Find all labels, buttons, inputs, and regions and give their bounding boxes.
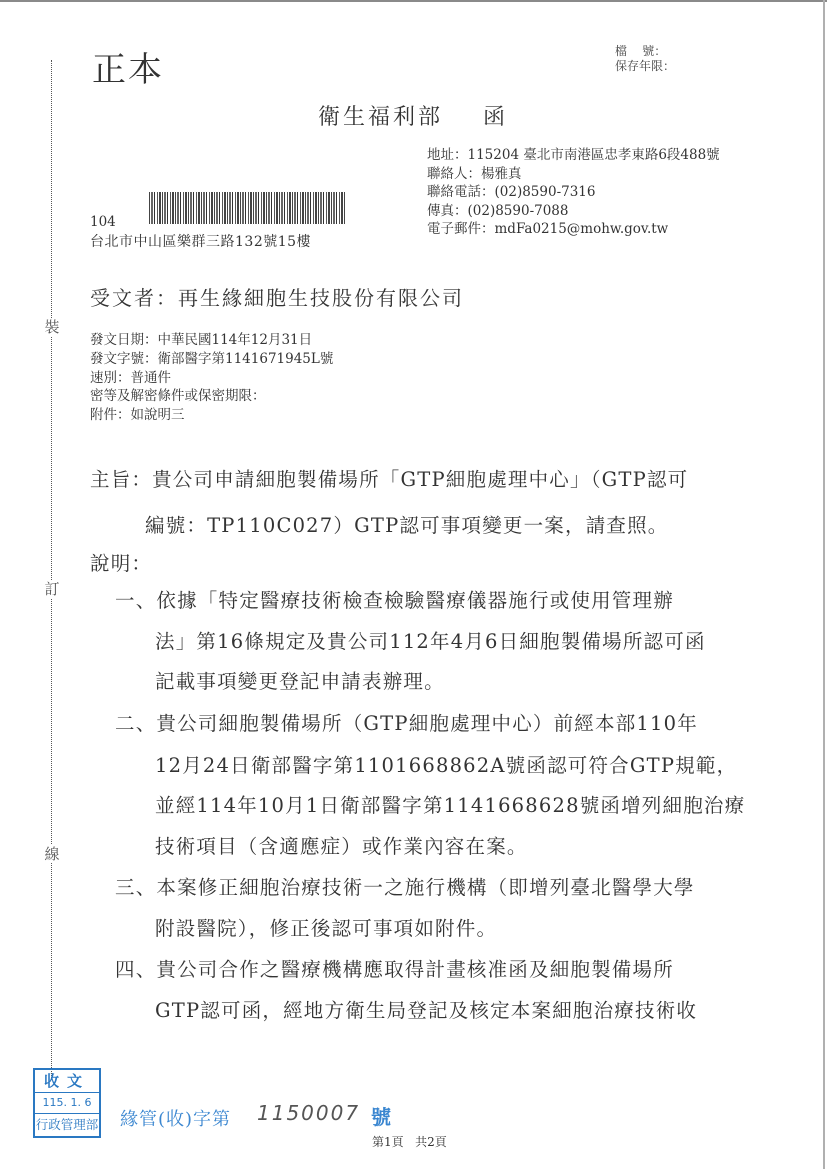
explanation-label: 說明： <box>90 548 152 576</box>
barcode <box>149 192 345 224</box>
binding-mark-zhuang: 裝 <box>42 318 62 336</box>
confidentiality: 密等及解密條件或保密期限： <box>90 387 333 406</box>
sender-fax: 傳真：(02)8590-7088 <box>427 202 720 221</box>
retention-label: 保存年限： <box>615 59 675 74</box>
receipt-number-handwritten: 1150007 <box>257 1101 360 1125</box>
recipient-postal-code: 104 <box>90 214 116 230</box>
receipt-suffix: 號 <box>371 1101 391 1130</box>
delivery-speed: 速別：普通件 <box>90 369 333 388</box>
file-number-label: 檔 號： <box>615 44 675 59</box>
item-3-line-2: 附設醫院），修正後認可事項如附件。 <box>155 913 497 941</box>
item-1-line-3: 記載事項變更登記申請表辦理。 <box>155 666 445 694</box>
attachment: 附件：如說明三 <box>90 406 333 425</box>
binding-mark-ding: 訂 <box>42 580 62 598</box>
receipt-label: 緣管(收)字第 <box>120 1105 231 1131</box>
recipient-address: 台北市中山區樂群三路132號15樓 <box>90 231 311 251</box>
document-title: 衛生福利部 函 <box>318 100 508 131</box>
sender-email: 電子郵件：mdFa0215@mohw.gov.tw <box>427 220 720 239</box>
document-number: 發文字號：衛部醫字第1141671945L號 <box>90 350 333 369</box>
issue-date: 發文日期：中華民國114年12月31日 <box>90 331 333 350</box>
sender-contact: 聯絡人：楊雅真 <box>427 165 720 184</box>
item-1-line-2: 法」第16條規定及貴公司112年4月6日細胞製備場所認可函 <box>155 626 706 654</box>
receipt-stamp: 收文 115. 1. 6 行政管理部 <box>33 1068 101 1138</box>
item-2-line-1: 二、貴公司細胞製備場所（GTP細胞處理中心）前經本部110年 <box>115 708 698 736</box>
item-2-line-4: 技術項目（含適應症）或作業內容在案。 <box>155 831 528 859</box>
file-meta: 檔 號： 保存年限： <box>615 44 675 74</box>
item-2-line-3: 並經114年10月1日衛部醫字第1141668628號函增列細胞治療 <box>155 790 745 818</box>
subject-line-1: 主旨：貴公司申請細胞製備場所「GTP細胞處理中心」（GTP認可 <box>90 464 688 492</box>
scan-right-edge <box>823 0 825 1169</box>
binding-line <box>51 60 52 1080</box>
page-indicator: 第1頁 共2頁 <box>372 1133 447 1150</box>
item-2-line-2: 12月24日衛部醫字第1101668862A號函認可符合GTP規範， <box>155 750 737 778</box>
item-4-line-1: 四、貴公司合作之醫療機構應取得計畫核准函及細胞製備場所 <box>115 954 674 982</box>
sender-phone: 聯絡電話：(02)8590-7316 <box>427 183 720 202</box>
item-1-line-1: 一、依據「特定醫療技術檢查檢驗醫療儀器施行或使用管理辦 <box>115 585 674 613</box>
item-3-line-1: 三、本案修正細胞治療技術一之施行機構（即增列臺北醫學大學 <box>115 872 695 900</box>
stamp-date: 115. 1. 6 <box>35 1093 99 1114</box>
stamp-department: 行政管理部 <box>35 1114 99 1136</box>
sender-address: 地址：115204 臺北市南港區忠孝東路6段488號 <box>427 146 720 165</box>
stamp-received-label: 收文 <box>35 1070 99 1093</box>
sender-info: 地址：115204 臺北市南港區忠孝東路6段488號 聯絡人：楊雅真 聯絡電話：… <box>427 146 720 239</box>
item-4-line-2: GTP認可函，經地方衛生局登記及核定本案細胞治療技術收 <box>155 995 697 1023</box>
original-copy-mark: 正本 <box>92 42 164 91</box>
scan-top-edge <box>0 0 827 2</box>
recipient: 受文者：再生緣細胞生技股份有限公司 <box>90 282 464 311</box>
binding-mark-xian: 線 <box>42 845 62 863</box>
document-meta: 發文日期：中華民國114年12月31日 發文字號：衛部醫字第1141671945… <box>90 331 333 425</box>
subject-line-2: 編號：TP110C027）GTP認可事項變更一案，請查照。 <box>145 510 669 538</box>
